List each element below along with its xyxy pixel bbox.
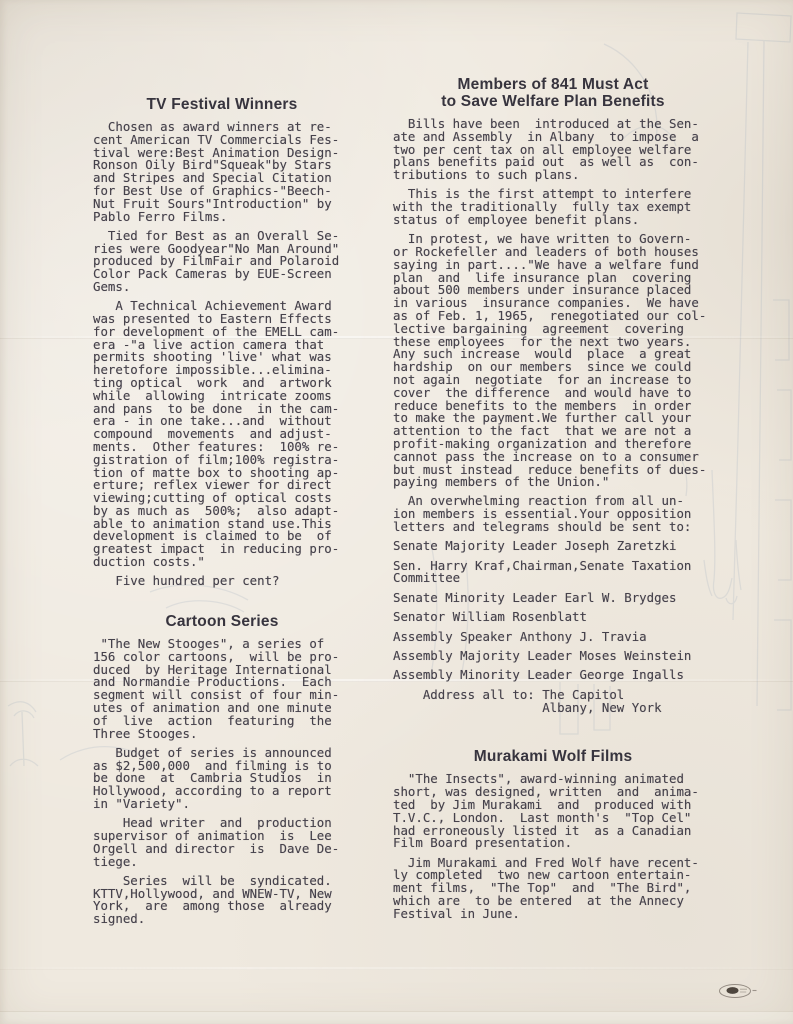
right-column: Members of 841 Must Act to Save Welfare … [393,76,713,927]
section-heading-cartoon-series: Cartoon Series [93,613,351,630]
paragraph: Bills have been introduced at the Sen- a… [393,118,713,182]
paragraph: This is the first attempt to interfere w… [393,188,713,226]
recipient-item: Senate Majority Leader Joseph Zaretzki [393,540,713,553]
address-block: Address all to: The Capitol Albany, New … [393,689,713,715]
recipient-item: Senate Minority Leader Earl W. Brydges [393,592,713,605]
newsletter-scanned-page: TV Festival Winners Chosen as award winn… [0,0,793,1024]
paragraph: "The Insects", award-winning animated sh… [393,773,713,850]
paragraph: Budget of series is announced as $2,500,… [93,747,351,811]
left-column: TV Festival Winners Chosen as award winn… [93,96,351,932]
paragraph: Chosen as award winners at re- cent Amer… [93,121,351,223]
paragraph: Head writer and production supervisor of… [93,817,351,868]
recipient-item: Assembly Minority Leader George Ingalls [393,669,713,682]
section-heading-murakami-wolf-films: Murakami Wolf Films [393,748,713,765]
paragraph: Jim Murakami and Fred Wolf have recent- … [393,857,713,921]
recipient-list: Senate Majority Leader Joseph Zaretzki S… [393,540,713,682]
paragraph: In protest, we have written to Govern- o… [393,233,713,489]
recipient-item: Assembly Speaker Anthony J. Travia [393,631,713,644]
union-bug-icon [716,981,758,1001]
paragraph: An overwhelming reaction from all un- io… [393,495,713,533]
paragraph: A Technical Achievement Award was presen… [93,300,351,569]
paragraph: Series will be syndicated. KTTV,Hollywoo… [93,875,351,926]
paragraph: Tied for Best as an Overall Se- ries wer… [93,230,351,294]
fold-crease-bottom [0,967,793,970]
scan-edge-bottom [0,1011,793,1024]
recipient-item: Assembly Majority Leader Moses Weinstein [393,650,713,663]
section-heading-tv-festival-winners: TV Festival Winners [93,96,351,113]
paragraph: Five hundred per cent? [93,575,351,588]
section-heading-members-841: Members of 841 Must Act to Save Welfare … [393,76,713,110]
recipient-item: Senator William Rosenblatt [393,611,713,624]
recipient-item: Sen. Harry Kraf,Chairman,Senate Taxation… [393,560,713,586]
paragraph: "The New Stooges", a series of 156 color… [93,638,351,740]
